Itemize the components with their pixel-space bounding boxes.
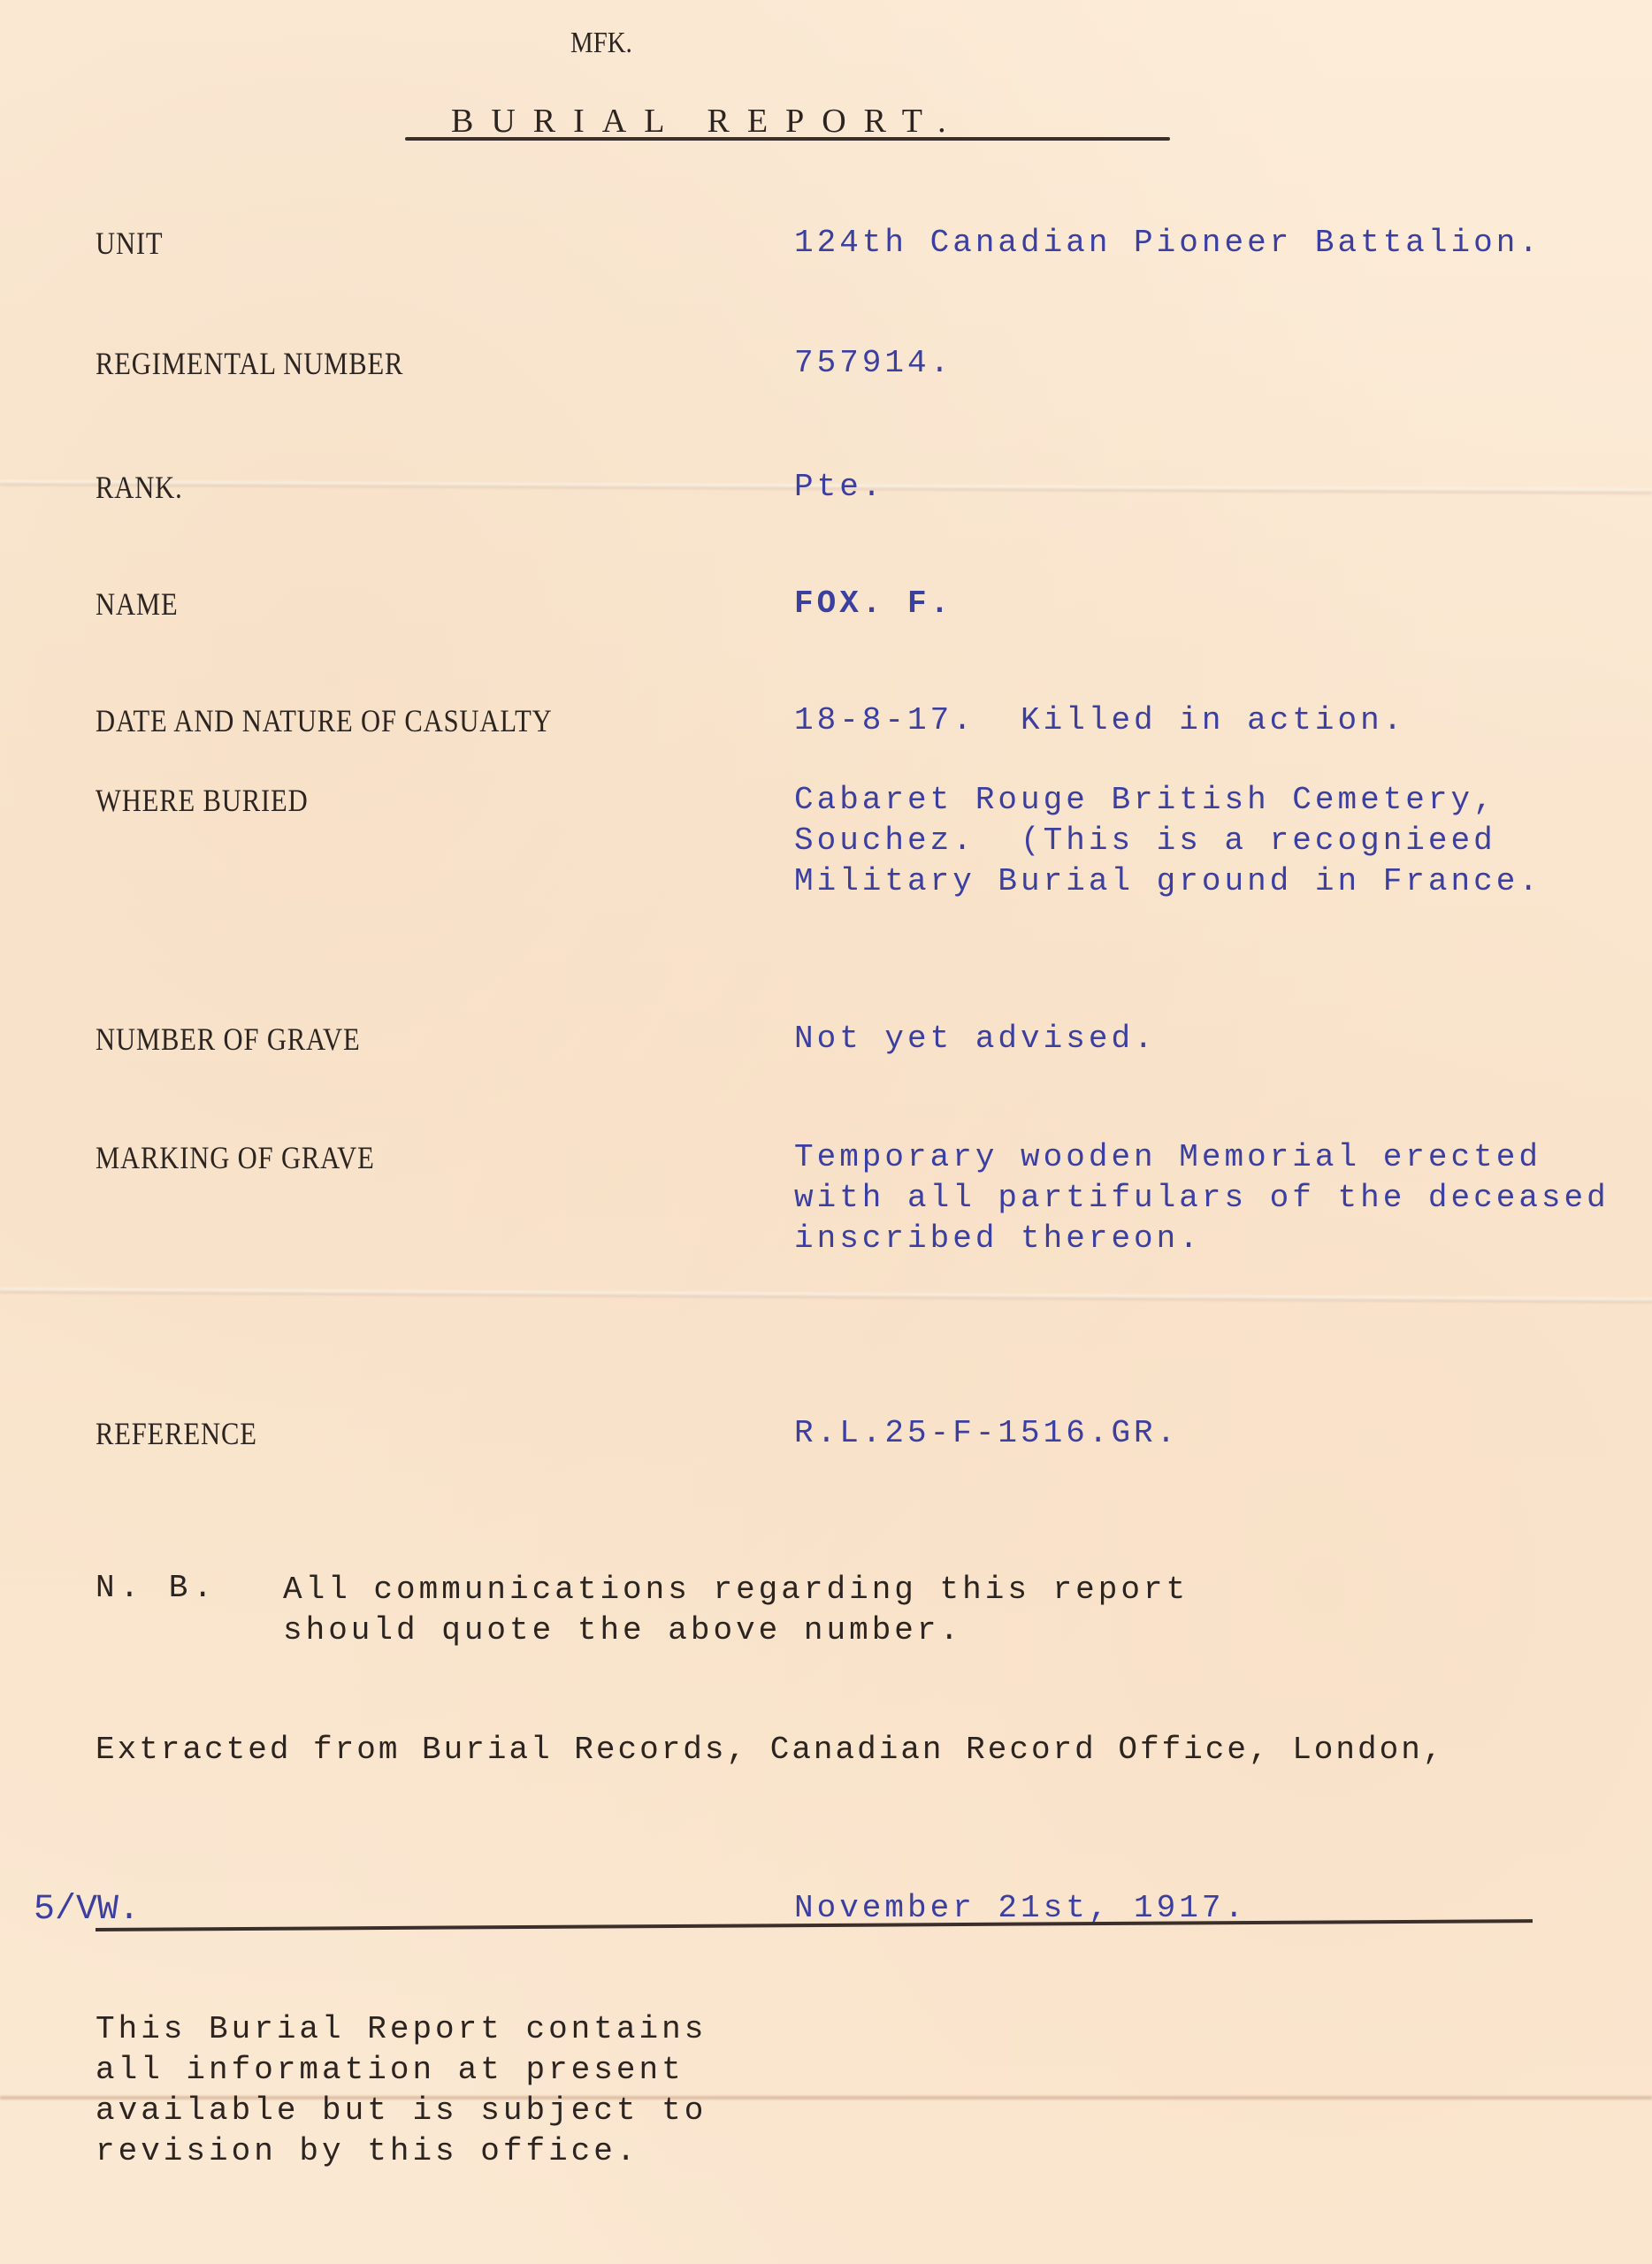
value-regimental-number: 757914. <box>794 343 952 384</box>
document-title: BURIAL REPORT. <box>451 102 964 141</box>
value-reference: R.L.25-F-1516.GR. <box>794 1413 1179 1454</box>
disclaimer: This Burial Report contains all informat… <box>96 2009 707 2172</box>
footer-ref-code: 5/VW. <box>34 1890 140 1930</box>
value-marking-of-grave: Temporary wooden Memorial erected with a… <box>794 1137 1610 1259</box>
nb-mark: N. B. <box>96 1570 218 1606</box>
value-number-of-grave: Not yet advised. <box>794 1019 1157 1059</box>
value-date-nature-casualty: 18-8-17. Killed in action. <box>794 700 1405 741</box>
label-where-buried: WHERE BURIED <box>96 780 309 821</box>
label-name: NAME <box>96 584 179 624</box>
value-rank: Pte. <box>794 467 884 508</box>
paper-fold <box>0 1288 1652 1303</box>
value-unit: 124th Canadian Pioneer Battalion. <box>794 223 1541 264</box>
extracted-from: Extracted from Burial Records, Canadian … <box>96 1732 1444 1768</box>
label-number-of-grave: NUMBER OF GRAVE <box>96 1019 361 1059</box>
label-regimental-number: REGIMENTAL NUMBER <box>96 343 403 384</box>
label-rank: RANK. <box>96 467 183 508</box>
initials: MFK. <box>570 27 632 60</box>
title-underline <box>405 137 1170 141</box>
label-date-nature-casualty: DATE AND NATURE OF CASUALTY <box>96 700 553 741</box>
value-name: FOX. F. <box>794 584 952 624</box>
nb-text: All communications regarding this report… <box>283 1570 1189 1651</box>
label-reference: REFERENCE <box>96 1413 257 1454</box>
label-marking-of-grave: MARKING OF GRAVE <box>96 1137 375 1178</box>
label-unit: UNIT <box>96 223 163 264</box>
value-where-buried: Cabaret Rouge British Cemetery, Souchez.… <box>794 780 1541 902</box>
